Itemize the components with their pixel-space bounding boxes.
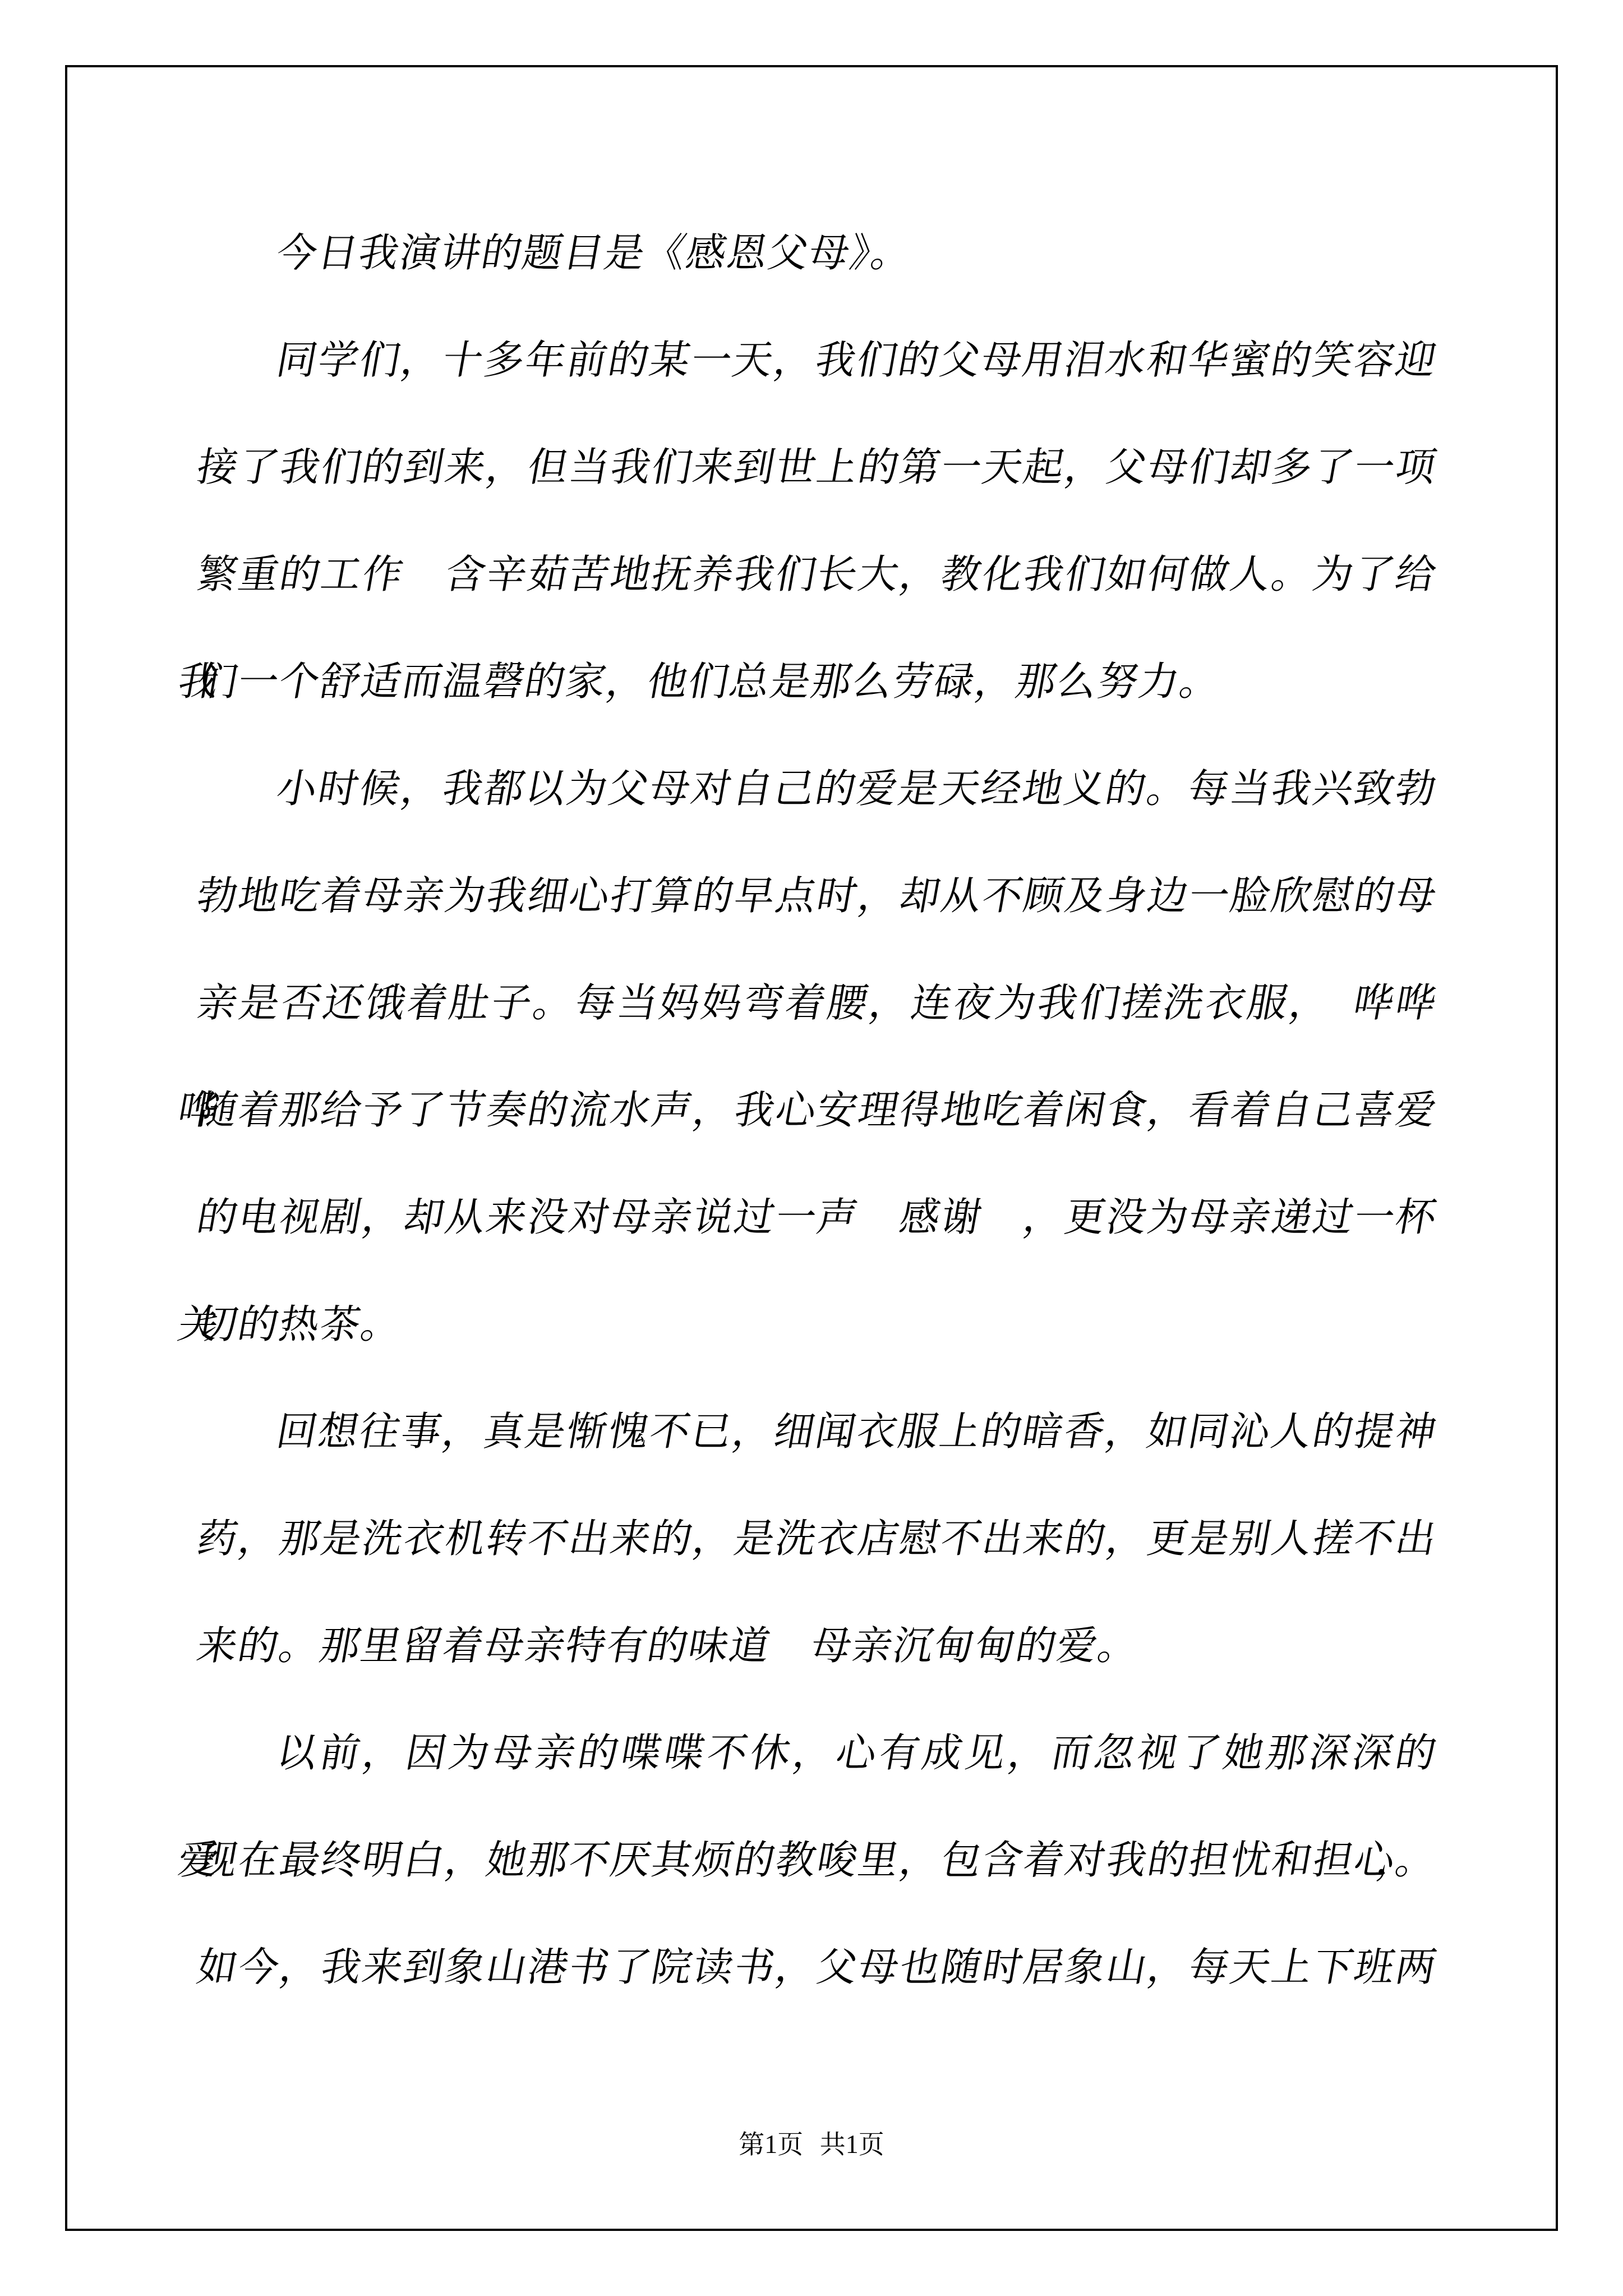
text-line: 切的热茶。: [188, 1272, 1446, 1379]
text-line: 来的。那里留着母亲特有的味道 母亲沉甸甸的爱。: [188, 1593, 1446, 1700]
text-line: 接了我们的到来，但当我们来到世上的第一天起，父母们却多了一项: [188, 415, 1446, 522]
text-line: 同学们，十多年前的某一天，我们的父母用泪水和华蜜的笑容迎: [188, 307, 1446, 415]
text-line: 的电视剧，却从来没对母亲说过一声 感谢 ，更没为母亲递过一杯关: [188, 1165, 1446, 1272]
text-line: 亲是否还饿着肚子。每当妈妈弯着腰，连夜为我们搓洗衣服， 哗哗哗: [188, 950, 1446, 1057]
text-line: 随着那给予了节奏的流水声，我心安理得地吃着闲食，看着自己喜爱: [188, 1057, 1446, 1165]
text-line: 小时候，我都以为父母对自己的爱是天经地义的。每当我兴致勃: [188, 736, 1446, 843]
text-line: 以前，因为母亲的喋喋不休，心有成见，而忽视了她那深深的爱，: [188, 1700, 1446, 1807]
text-line: 药，那是洗衣机转不出来的，是洗衣店慰不出来的，更是别人搓不出: [188, 1486, 1446, 1593]
document-body: 今日我演讲的题目是《感恩父母》。 同学们，十多年前的某一天，我们的父母用泪水和华…: [197, 200, 1437, 2022]
text-line: 如今，我来到象山港书了院读书，父母也随时居象山，每天上下班两: [188, 1915, 1446, 2022]
text-line: 们一个舒适而温磬的家，他们总是那么劳碌，那么努力。: [188, 629, 1446, 736]
page-footer: 第1页 共1页: [0, 2128, 1623, 2161]
text-line: 今日我演讲的题目是《感恩父母》。: [188, 200, 1446, 307]
text-line: 回想往事，真是惭愧不已，细闻衣服上的暗香，如同沁人的提神: [188, 1379, 1446, 1486]
text-line: 现在最终明白，她那不厌其烦的教唆里，包含着对我的担忧和担心。: [188, 1807, 1446, 1915]
text-line: 繁重的工作 含辛茹苦地抚养我们长大，教化我们如何做人。为了给我: [188, 522, 1446, 629]
text-line: 勃地吃着母亲为我细心打算的早点时，却从不顾及身边一脸欣慰的母: [188, 843, 1446, 950]
